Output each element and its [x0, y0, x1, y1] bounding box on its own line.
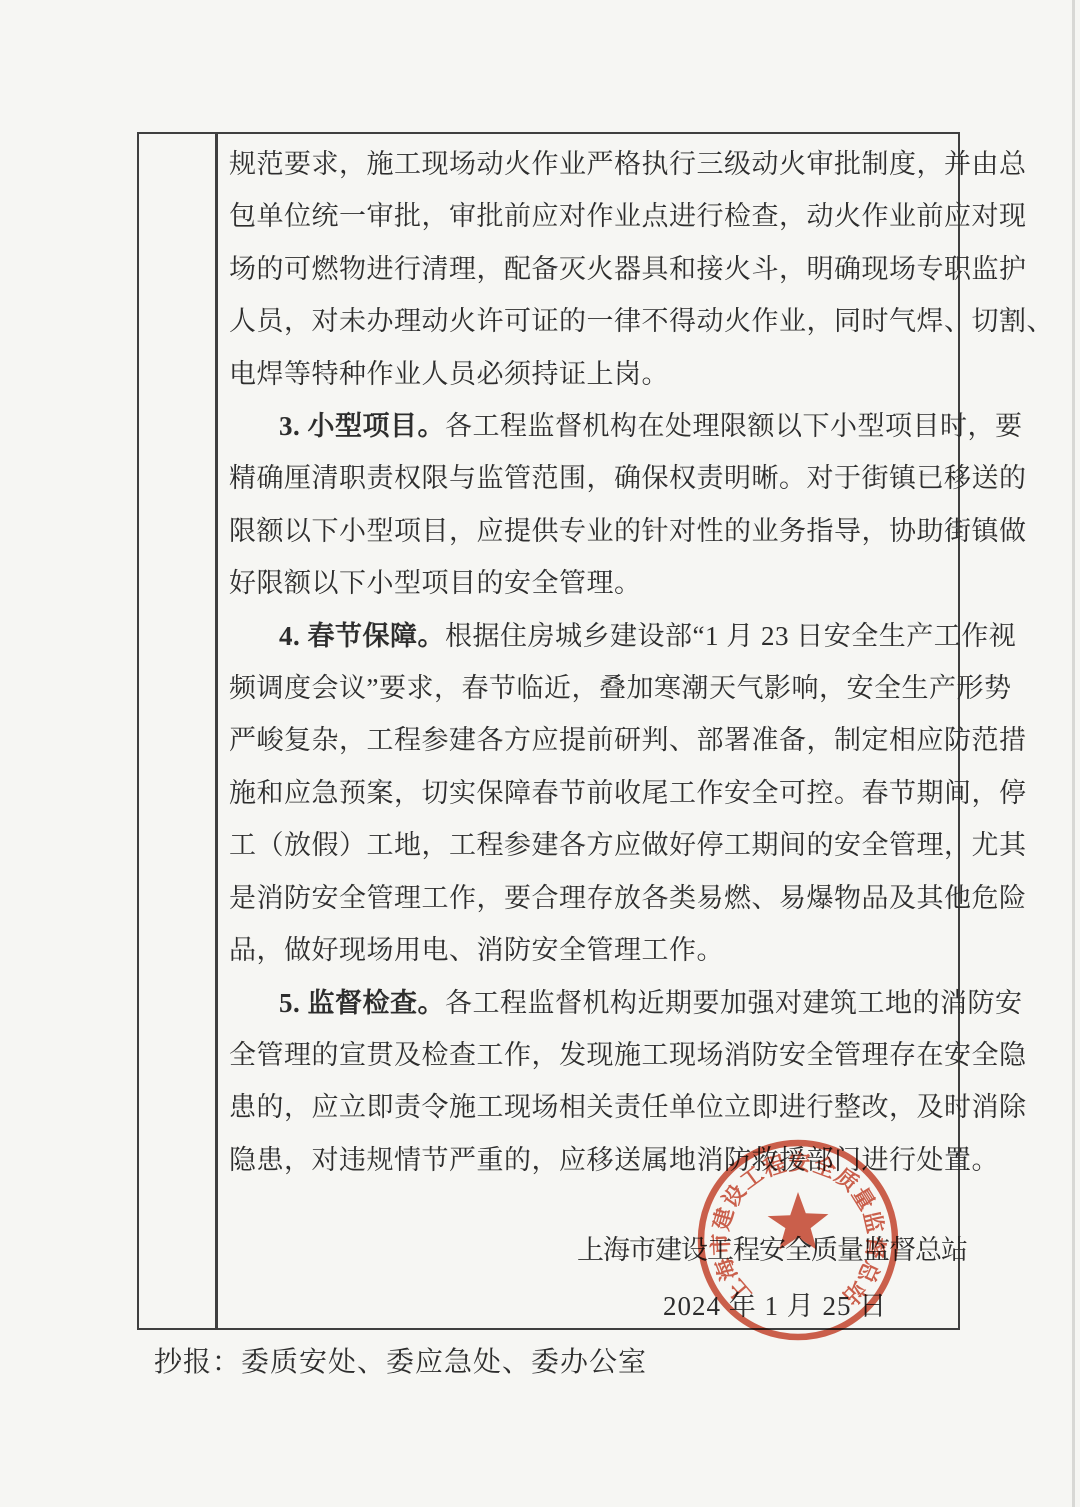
body-text-line: 全管理的宣贯及检查工作，发现施工现场消防安全管理存在安全隐 — [229, 1029, 949, 1081]
body-text-line: 3. 小型项目。各工程监督机构在处理限额以下小型项目时，要 — [229, 400, 949, 452]
section-heading: 5. 监督检查。 — [279, 988, 445, 1018]
body-text-line: 规范要求，施工现场动火作业严格执行三级动火审批制度，并由总 — [229, 138, 949, 190]
body-text-line: 限额以下小型项目，应提供专业的针对性的业务指导，协助街镇做 — [229, 505, 949, 557]
body-text-line: 4. 春节保障。根据住房城乡建设部“1 月 23 日安全生产工作视 — [229, 610, 949, 662]
body-text-line: 好限额以下小型项目的安全管理。 — [229, 557, 949, 609]
body-text-line: 电焊等特种作业人员必须持证上岗。 — [229, 348, 949, 400]
body-text-line: 人员，对未办理动火许可证的一律不得动火作业，同时气焊、切割、 — [229, 295, 949, 347]
red-star-icon — [768, 1192, 829, 1250]
body-text-line: 场的可燃物进行清理，配备灭火器具和接火斗，明确现场专职监护 — [229, 243, 949, 295]
body-text-line: 工（放假）工地，工程参建各方应做好停工期间的安全管理，尤其 — [229, 819, 949, 871]
body-text-line: 患的，应立即责令施工现场相关责任单位立即进行整改，及时消除 — [229, 1081, 949, 1133]
section-heading: 4. 春节保障。 — [279, 621, 445, 651]
cc-note: 抄报：委质安处、委应急处、委办公室 — [154, 1340, 647, 1380]
body-text-line: 是消防安全管理工作，要合理存放各类易燃、易爆物品及其他危险 — [229, 872, 949, 924]
section-heading: 3. 小型项目。 — [279, 411, 445, 441]
official-seal: 上海市建设工程安全质量监督总站 — [690, 1132, 906, 1348]
body-text-line: 频调度会议”要求，春节临近，叠加寒潮天气影响，安全生产形势 — [229, 662, 949, 714]
page-edge-line — [1072, 0, 1075, 1507]
body-text-line: 品，做好现场用电、消防安全管理工作。 — [229, 924, 949, 976]
document-page: 规范要求，施工现场动火作业严格执行三级动火审批制度，并由总包单位统一审批，审批前… — [0, 0, 1080, 1507]
body-text-line: 严峻复杂，工程参建各方应提前研判、部署准备，制定相应防范措 — [229, 714, 949, 766]
body-text: 规范要求，施工现场动火作业严格执行三级动火审批制度，并由总包单位统一审批，审批前… — [229, 138, 949, 1186]
body-text-line: 5. 监督检查。各工程监督机构近期要加强对建筑工地的消防安 — [229, 977, 949, 1029]
body-text-line: 包单位统一审批，审批前应对作业点进行检查，动火作业前应对现 — [229, 190, 949, 242]
table-column-divider — [215, 134, 218, 1328]
body-text-line: 施和应急预案，切实保障春节前收尾工作安全可控。春节期间，停 — [229, 767, 949, 819]
body-text-line: 精确厘清职责权限与监管范围，确保权责明晰。对于街镇已移送的 — [229, 452, 949, 504]
